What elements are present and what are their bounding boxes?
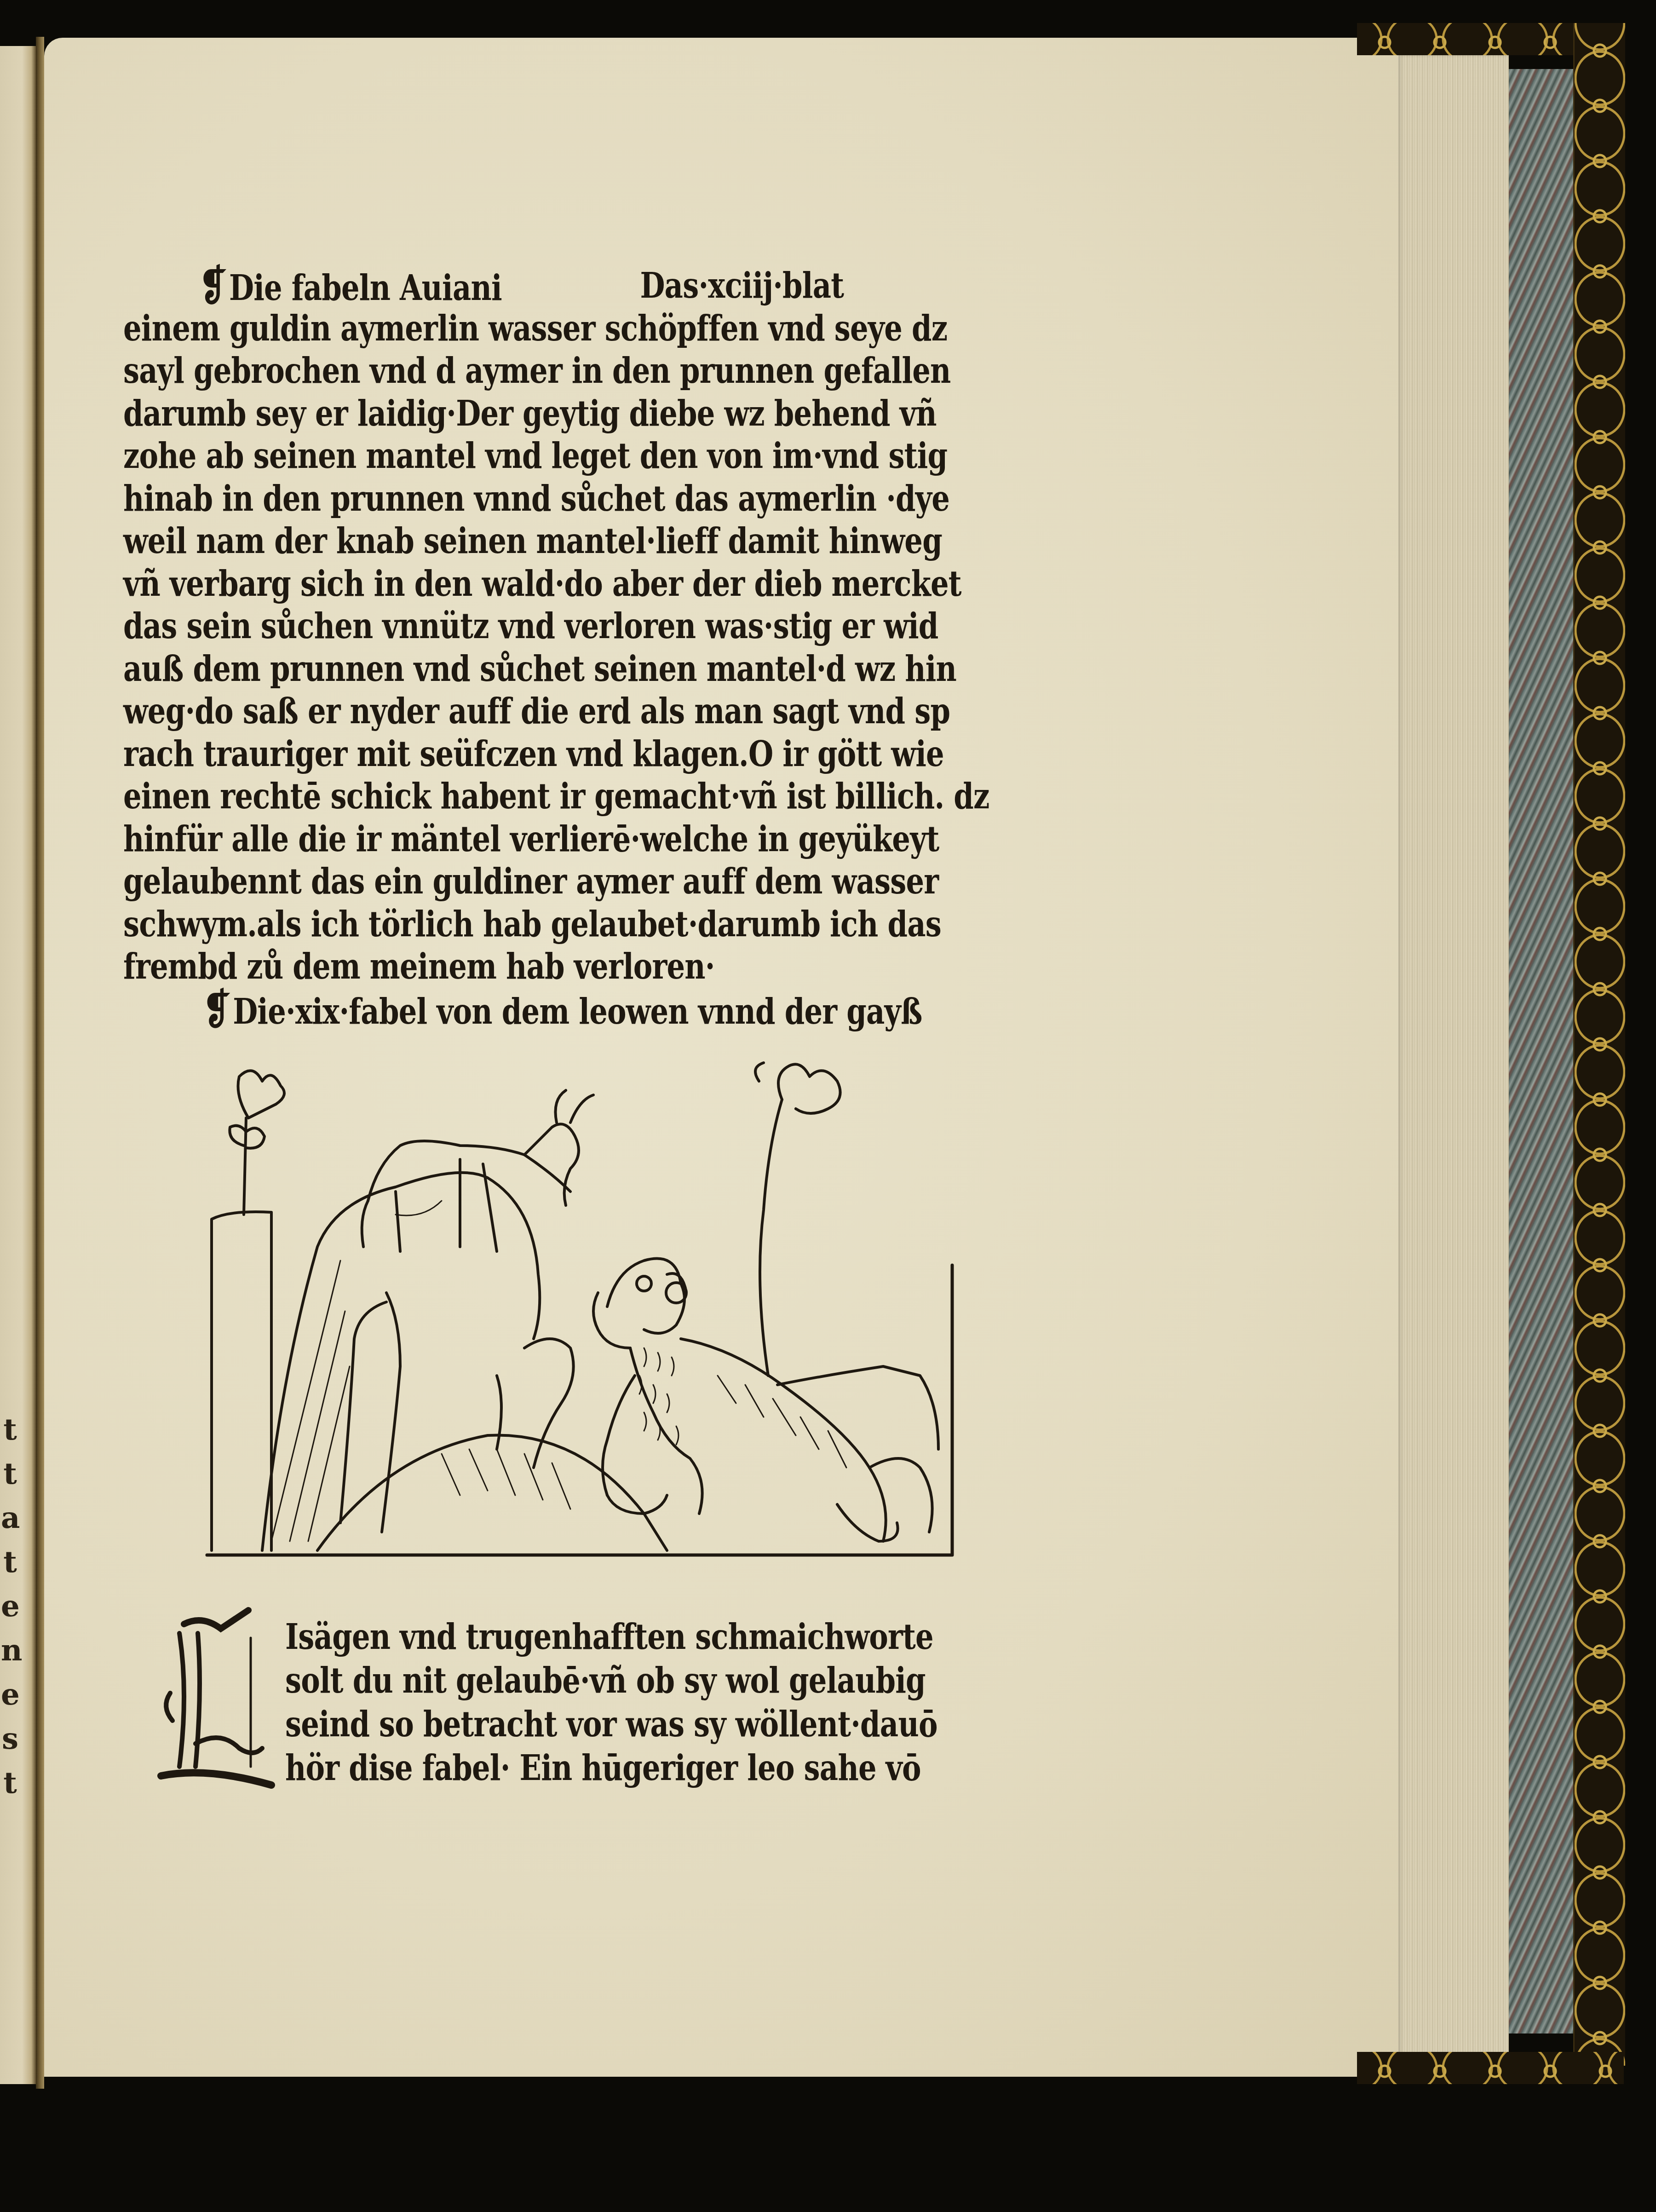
book-gutter <box>36 37 44 2089</box>
page-edges <box>1398 55 1509 2061</box>
paragraph-mark-icon: ❡ <box>199 265 227 307</box>
paragraph-mark-icon: ❡ <box>202 988 230 1031</box>
fragment: e <box>1 1673 19 1717</box>
running-head-title: Die fabeln Auiani <box>229 267 502 308</box>
body-line: frembd zů dem meinem hab verloren· <box>123 945 851 988</box>
folio-number: Das·xciij·blat <box>640 265 844 307</box>
fragment: t <box>1 1540 19 1584</box>
running-head-left: ❡Die fabeln Auiani <box>199 265 502 310</box>
body-line: hinfür alle die ir mäntel verlierē·welch… <box>123 818 851 861</box>
fragment: t <box>1 1452 19 1496</box>
body-line: rach trauriger mit seüfczen vnd klagen.O… <box>123 733 851 776</box>
body-line: einen rechtē schick habent ir gemacht·vñ… <box>123 775 851 818</box>
fable-line: Isägen vnd trugenhafften schmaichworte <box>285 1615 937 1659</box>
fable-text-block: Isägen vnd trugenhafften schmaichworte s… <box>152 1601 1049 1803</box>
fable-line: solt du nit gelaubē·vñ ob sy wol gelaubi… <box>285 1659 937 1702</box>
fragment: s <box>1 1717 19 1761</box>
fragment: n <box>1 1629 19 1673</box>
body-line: weg·do saß er nyder auff die erd als man… <box>123 690 851 733</box>
body-line: vñ verbarg sich in den wald·do aber der … <box>123 563 851 605</box>
body-line: gelaubennt das ein guldiner aymer auff d… <box>123 860 851 903</box>
fable-line: hör dise fabel· Ein hūgeriger leo sahe v… <box>285 1746 937 1790</box>
fable-lines: Isägen vnd trugenhafften schmaichworte s… <box>285 1615 1081 1790</box>
marbled-endpaper <box>1509 69 1578 2033</box>
gilt-border-bottom <box>1357 2052 1624 2084</box>
main-text-block: ❡Die fabeln Auiani Das·xciij·blat einem … <box>123 265 1011 1031</box>
fragment: t <box>1 1761 19 1805</box>
body-line: weil nam der knab seinen mantel·lieff da… <box>123 520 851 563</box>
body-line: hinab in den prunnen vnnd sůchet das aym… <box>123 478 851 520</box>
gilt-border-right <box>1573 23 1625 2066</box>
woodcut-illustration <box>202 1054 966 1564</box>
fable-heading-text: Die·xix·fabel von dem leowen vnnd der ga… <box>233 991 922 1032</box>
body-line: das sein sůchen vnnütz vnd verloren was·… <box>123 605 851 648</box>
fragment: e <box>1 1584 19 1629</box>
left-page-text-fragments: t t a t e n e s t <box>1 1408 19 1805</box>
running-head: ❡Die fabeln Auiani Das·xciij·blat <box>123 265 851 307</box>
decorated-initial-l-icon <box>152 1601 285 1794</box>
fable-line: seind so betracht vor was sy wöllent·dau… <box>285 1702 937 1746</box>
body-line: auß dem prunnen vnd sůchet seinen mantel… <box>123 648 851 691</box>
fragment: a <box>1 1496 19 1540</box>
fable-heading: ❡Die·xix·fabel von dem leowen vnnd der g… <box>123 988 851 1031</box>
body-line: sayl gebrochen vnd d aymer in den prunne… <box>123 350 851 392</box>
body-line: schwym.als ich törlich hab gelaubet·daru… <box>123 903 851 946</box>
body-line: zohe ab seinen mantel vnd leget den von … <box>123 435 851 478</box>
body-line: darumb sey er laidig·Der geytig diebe wz… <box>123 392 851 435</box>
left-page-edge: t t a t e n e s t <box>0 46 37 2084</box>
body-line: einem guldin aymerlin wasser schöpffen v… <box>123 307 851 350</box>
fragment: t <box>1 1408 19 1452</box>
